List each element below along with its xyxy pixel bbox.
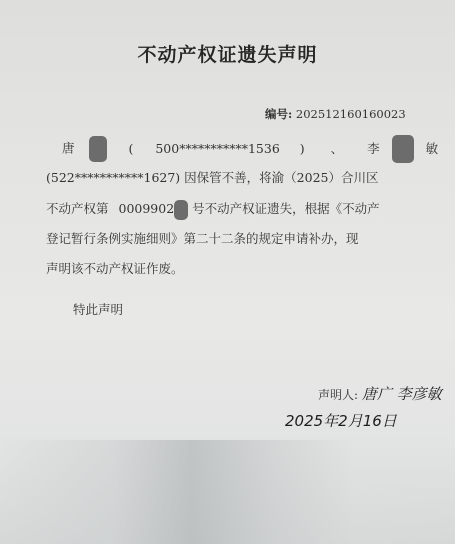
- handwritten-signature: 唐广 李彦敏: [362, 385, 442, 403]
- document-page: 不动产权证遗失声明 编号: 202512160160023 唐 ( 500***…: [0, 0, 455, 544]
- person2-given-end: 敏: [426, 141, 439, 156]
- signature-label: 声明人:: [318, 388, 358, 402]
- line3-prefix: 不动产权第: [46, 201, 109, 216]
- open-paren: (: [128, 141, 133, 156]
- document-title: 不动产权证遗失声明: [0, 40, 455, 67]
- document-number-label: 编号:: [265, 107, 292, 121]
- body-line-4: 登记暂行条例实施细则》第二十二条的规定申请补办，现: [46, 229, 359, 247]
- document-number-value: 202512160160023: [296, 107, 406, 121]
- person1-surname: 唐: [62, 141, 75, 156]
- body-line-1: 唐 ( 500***********1536 ) 、 李 敏: [62, 135, 438, 163]
- signature-line: 声明人: 唐广 李彦敏: [318, 383, 442, 404]
- redaction-person1-name: [89, 136, 107, 162]
- person2-id: (522***********1627): [46, 170, 180, 185]
- close-paren: ): [300, 141, 305, 156]
- redaction-person2-name: [392, 135, 414, 163]
- handwritten-date: 2025年2月16日: [285, 410, 397, 431]
- line3-suffix: 号不动产权证遗失，根据《不动产: [192, 201, 380, 216]
- person2-surname: 李: [367, 141, 380, 156]
- person1-id: 500***********1536: [155, 141, 279, 156]
- closing-statement: 特此声明: [73, 300, 123, 318]
- line2-text: 因保管不善，将渝（2025）合川区: [184, 170, 378, 185]
- document-number: 编号: 202512160160023: [265, 106, 406, 122]
- cert-number: 0009902: [119, 201, 175, 216]
- separator: 、: [331, 141, 344, 156]
- redaction-cert-number: [174, 200, 188, 220]
- body-line-3: 不动产权第 0009902 号不动产权证遗失，根据《不动产: [46, 199, 380, 220]
- body-line-2: (522***********1627) 因保管不善，将渝（2025）合川区: [46, 168, 378, 186]
- body-line-5: 声明该不动产权证作废。: [46, 259, 184, 277]
